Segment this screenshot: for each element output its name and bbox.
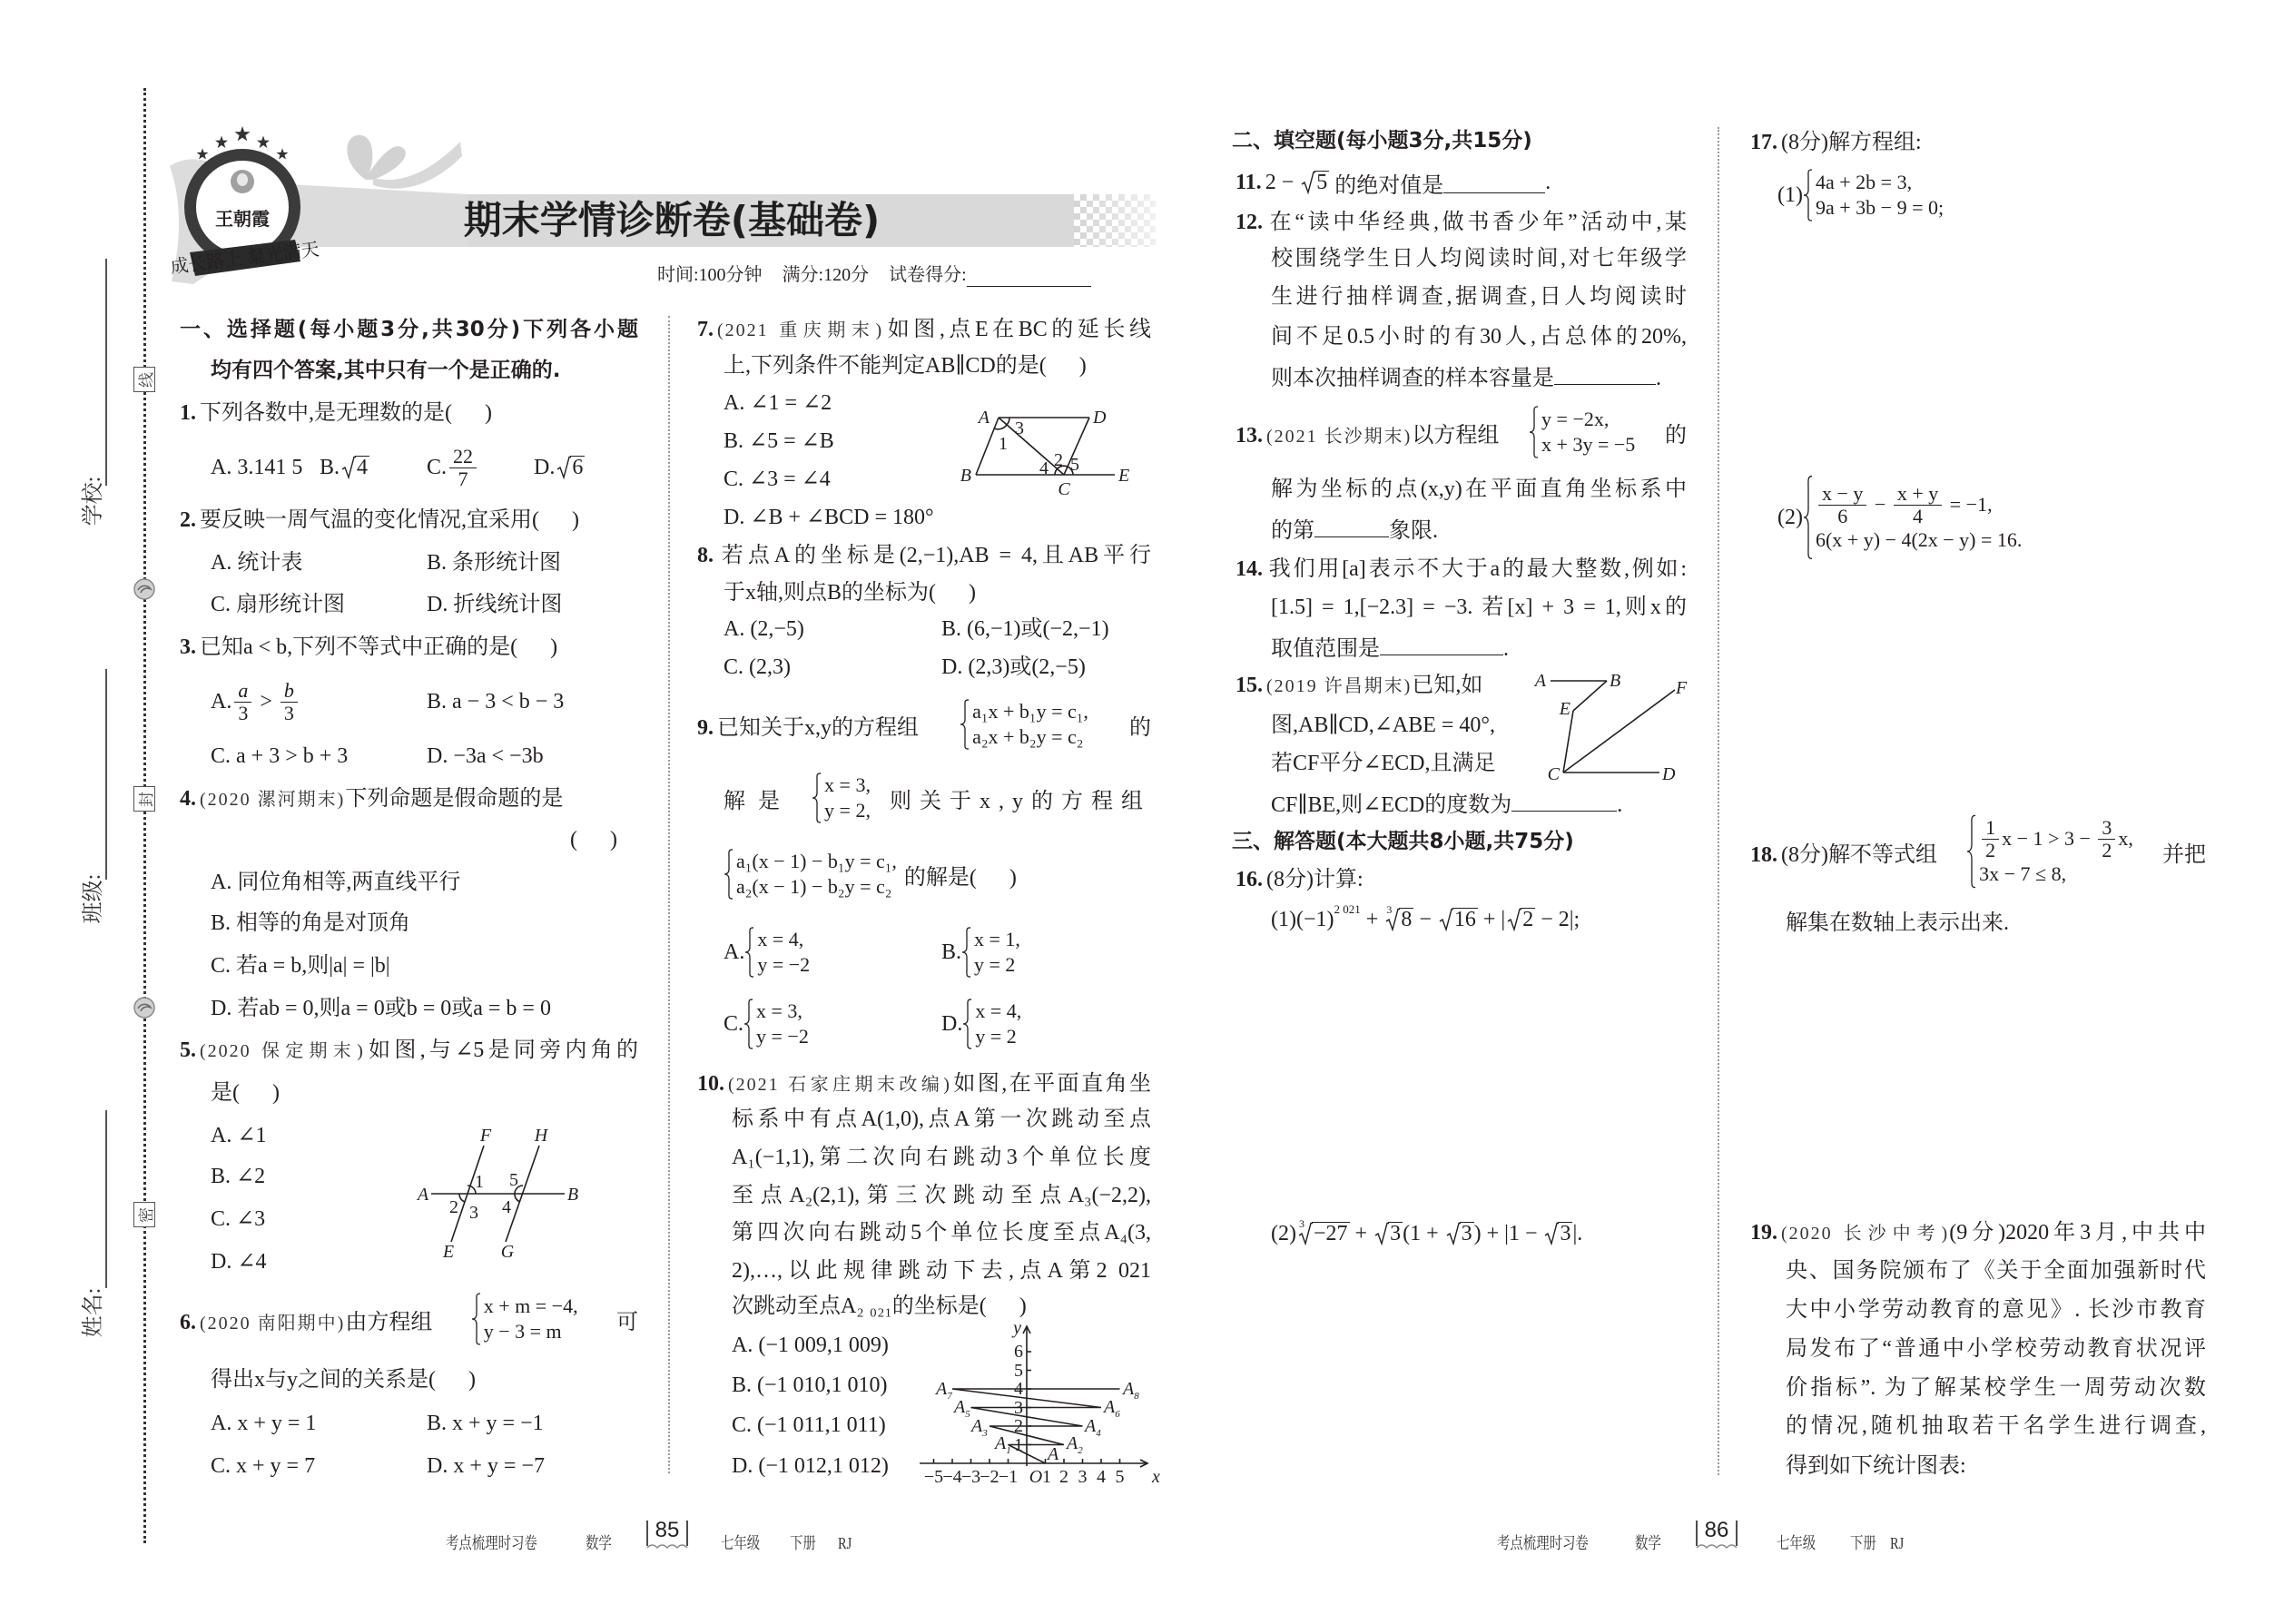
numerator: x + y <box>1894 483 1942 506</box>
question-4: 4.(2020 漯河期末)下列命题是假命题的是 <box>180 785 563 813</box>
question-lead: 18.(8分)解不等式组 <box>1750 836 1937 868</box>
point-label: A7 <box>934 1379 952 1402</box>
radical-sign-icon <box>341 456 356 479</box>
question-16-part-2: (2)3−27 + 3(1 + 3) + |1 − 3|. <box>1271 1216 1582 1251</box>
question-stem: (8分)计算: <box>1266 868 1364 891</box>
question-10: 10.(2021 石家庄期末改编)如图,在平面直角坐 <box>697 1070 1151 1098</box>
option-a: A. (2,−5) <box>724 615 804 643</box>
option-a: A.a3 > b3 <box>211 679 300 724</box>
cube-root: 38 <box>1385 908 1413 931</box>
point-label: E <box>442 1242 454 1262</box>
question-source: (2021 长沙期末) <box>1266 427 1412 447</box>
question-9: 9.已知关于x,y的方程组 a₁x + b₁y = c₁,a₂x + b₂y =… <box>697 698 1151 751</box>
expression: − 2|; <box>1535 908 1580 932</box>
question-number: 8. <box>697 544 714 567</box>
question-stem-continued: CF∥BE,则∠ECD的度数为. <box>1271 790 1622 819</box>
expression: x, <box>2118 826 2133 851</box>
tick-label: −3 <box>961 1467 980 1487</box>
point-labels: A A1 A2 A3 A4 A5 A6 A7 A8 <box>934 1379 1139 1464</box>
equation-system: 4a + 2b = 3,9a + 3b − 9 = 0; <box>1803 169 1944 221</box>
numerator: a <box>234 680 251 703</box>
question-number: 15. <box>1236 674 1263 697</box>
angle-label: 5 <box>509 1170 518 1190</box>
question-18: 18.(8分)解不等式组 12x − 1 > 3 − 32x,3x − 7 ≤ … <box>1750 813 2206 890</box>
question-stem: 如图,在平面直角坐 <box>951 1072 1151 1096</box>
brace-icon <box>1803 169 1814 221</box>
root-index: 3 <box>1386 904 1392 915</box>
option-label: C. <box>724 1012 743 1037</box>
denominator: 6 <box>1837 506 1847 527</box>
tick-label: 1 <box>1042 1467 1051 1487</box>
question-stem-continued: 校围绕学生日人均阅读时间,对七年级学 <box>1271 245 1687 272</box>
equation-row: 6(x + y) − 4(2x − y) = 16. <box>1816 527 2022 553</box>
question-stem-continued: 第四次向右跳动5个单位长度至点A₄(3, <box>732 1219 1151 1246</box>
angle-arc <box>1007 418 1009 425</box>
inequality-row: 3x − 7 ≤ 8, <box>1979 861 2133 887</box>
question-number: 4. <box>180 787 196 811</box>
question-9-line-2: 解是 x = 3,y = 2, 则关于x,y的方程组 <box>724 772 1151 824</box>
question-stem-continued: 间不足0.5小时的有30人,占总体的20%, <box>1271 323 1687 350</box>
equation-row: y = −2x, <box>1541 407 1635 432</box>
question-stem-continued: 解集在数轴上表示出来. <box>1786 910 2009 937</box>
question-stem: 下列命题是假命题的是 <box>345 787 563 811</box>
question-stem-continued: 是( ) <box>211 1079 280 1107</box>
option-label: B. <box>320 456 340 480</box>
question-stem: CF∥BE,则∠ECD的度数为 <box>1271 793 1511 817</box>
exam-spread: 学校: 班级: 姓名: 线 封 密 王朝霞 成长路上 粲光满天 期末学情诊断卷(… <box>0 0 2294 1624</box>
column-separator <box>1718 127 1719 1475</box>
question-lead: 6.(2020 南阳期中)由方程组 <box>180 1304 432 1335</box>
equation-system: x = 3,y = 2, <box>812 773 871 823</box>
question-15: 15.(2019 许昌期末)已知,如 <box>1236 672 1482 700</box>
operator: > <box>254 690 278 714</box>
point-label: C <box>1548 764 1561 784</box>
expression: 2 − <box>1265 171 1300 195</box>
option-d: D.x = 4,y = 2 <box>941 998 1021 1050</box>
denominator: 2 <box>1985 840 1995 861</box>
tick-label: 4 <box>1097 1467 1106 1487</box>
option-b: B. 相等的角是对顶角 <box>211 910 410 937</box>
question-stem-continued: 央、国务院颁布了《关于全面加强新时代 <box>1786 1257 2206 1284</box>
question-stem-continued: 价指标”. 为了解某校学生一周劳动次数 <box>1786 1374 2206 1402</box>
fraction: 32 <box>2098 817 2115 861</box>
root-index: 3 <box>1299 1218 1305 1229</box>
option-a: A. ∠1 = ∠2 <box>724 389 832 417</box>
equation-row: a₁(x − 1) − b₁y = c₁, <box>736 849 897 874</box>
q10-coordinate-figure: −5 −4 −3 −2 −1 1 2 3 4 5 1 2 3 4 5 6 O x… <box>912 1321 1157 1498</box>
question-6: 6.(2020 南阳期中)由方程组 x + m = −4,y − 3 = m 可 <box>180 1292 638 1346</box>
option-a: A. 同位角相等,两直线平行 <box>211 869 460 896</box>
question-stem-tail: 的 <box>1129 709 1151 741</box>
option-a: A. 统计表 <box>211 549 302 576</box>
angle-label: 5 <box>1070 455 1079 475</box>
point-label: D <box>1661 764 1676 784</box>
angle-label: 4 <box>1039 458 1049 478</box>
question-number: 10. <box>697 1072 724 1096</box>
question-12: 12.在“读中华经典,做书香少年”活动中,某 <box>1236 209 1687 236</box>
tick-label: −1 <box>999 1467 1018 1487</box>
brace-icon <box>962 999 973 1049</box>
option-c: C.227 <box>427 445 479 490</box>
full-score: 满分:120分 <box>783 263 870 287</box>
option-d: D. (2,3)或(2,−5) <box>941 654 1086 681</box>
equation-row: a₂(x − 1) − b₂y = c₂ <box>736 874 897 900</box>
question-16-part-1: (1)(−1)2 021 + 38 − 16 + |2 − 2|; <box>1271 902 1580 937</box>
equation-row: x = 4, <box>757 927 810 952</box>
question-stem: 则关于x,y的方程组 <box>890 782 1151 814</box>
question-stem-continued: 标系中有点A(1,0),点A第一次跳动至点 <box>732 1106 1151 1133</box>
question-stem: 取值范围是 <box>1271 637 1380 661</box>
equation-row: x = 3, <box>824 773 871 798</box>
option-b: B. ∠5 = ∠B <box>724 428 834 455</box>
question-stem: 下列各数中,是无理数的是( ) <box>200 401 492 425</box>
question-stem: 若点A的坐标是(2,−1),AB = 4,且AB平行 <box>717 544 1151 567</box>
part-label: (1) <box>1777 183 1803 208</box>
option-d: D. (−1 012,1 012) <box>732 1452 889 1480</box>
radicand: 3 <box>1388 1222 1403 1245</box>
option-d: D. 若ab = 0,则a = 0或b = 0或a = b = 0 <box>211 995 551 1022</box>
angle-label: 1 <box>999 434 1008 454</box>
radical-sign-icon <box>1301 171 1315 194</box>
question-2: 2.要反映一周气温的变化情况,宜采用( ) <box>180 507 579 534</box>
denominator: 3 <box>284 703 294 724</box>
equation-system: y = −2x,x + 3y = −5 <box>1529 406 1635 458</box>
equation-row: y = 2 <box>974 952 1020 978</box>
question-stem: 如图,点E在BC的延长线 <box>883 318 1151 341</box>
question-stem-continued: 至点A₂(2,1),第三次跳动至点A₃(−2,2), <box>732 1182 1151 1209</box>
question-source: (2020 漯河期末) <box>200 790 345 810</box>
question-number: 1. <box>180 401 196 425</box>
radical-sign-icon <box>1439 908 1453 931</box>
tick-label: 5 <box>1014 1361 1023 1381</box>
brace-icon <box>1803 475 1814 560</box>
point-label: H <box>534 1126 549 1146</box>
brace-icon <box>812 773 822 823</box>
tick-label: 2 <box>1059 1467 1068 1487</box>
question-17-part-2: (2)x − y6 − x + y4 = −1,6(x + y) − 4(2x … <box>1777 474 2022 561</box>
question-stem: 则本次抽样调查的样本容量是 <box>1271 367 1554 390</box>
option-label: D. <box>534 456 555 480</box>
fraction: 227 <box>449 446 477 490</box>
footer-subject: 数学 <box>586 1532 612 1554</box>
equation-row: x + m = −4, <box>484 1294 578 1319</box>
footer-series: 考点梳理时习卷 <box>446 1532 537 1554</box>
inequality-system: 12x − 1 > 3 − 32x,3x − 7 ≤ 8, <box>1966 814 2133 889</box>
option-c: C. (−1 011,1 011) <box>732 1412 886 1439</box>
class-field-line <box>105 669 107 880</box>
numerator: 3 <box>2098 817 2115 840</box>
mark-text: 线 <box>133 372 156 388</box>
mark-text: 密 <box>133 1207 156 1223</box>
question-stem-continued: 得出x与y之间的关系是( ) <box>211 1366 476 1393</box>
question-stem: 我们用[a]表示不大于a的最大整数,例如: <box>1266 557 1687 581</box>
tick-label: −5 <box>924 1467 943 1487</box>
denominator: 7 <box>458 468 468 490</box>
question-stem: 如图,与∠5是同旁内角的 <box>365 1038 638 1062</box>
option-b: B. x + y = −1 <box>427 1410 544 1437</box>
option-c: C. 若a = b,则|a| = |b| <box>211 952 390 979</box>
point-label: D <box>1092 408 1107 428</box>
equation-row: y − 3 = m <box>484 1319 578 1344</box>
question-stem: 象限. <box>1389 519 1438 543</box>
angle-label: 3 <box>469 1203 478 1223</box>
equation-system: x + m = −4,y − 3 = m <box>471 1293 578 1345</box>
logo-brand-text: 王朝霞 <box>215 208 270 230</box>
brace-icon <box>960 699 970 750</box>
option-b: B. (−1 010,1 010) <box>732 1372 888 1399</box>
question-stem-continued: 则本次抽样调查的样本容量是. <box>1271 363 1661 392</box>
tick-label: −4 <box>942 1467 961 1487</box>
fraction: b3 <box>281 680 298 724</box>
question-16: 16.(8分)计算: <box>1236 866 1364 893</box>
tick-label: 3 <box>1078 1467 1088 1487</box>
brace-icon <box>1966 814 1977 889</box>
question-number: 13. <box>1236 424 1263 448</box>
point-label: G <box>501 1242 515 1262</box>
option-a: A. ∠1 <box>211 1122 266 1149</box>
question-stem: 的第 <box>1271 519 1314 543</box>
score-blank <box>967 267 1091 287</box>
school-field-label: 学校: <box>82 469 105 533</box>
question-stem-continued: [1.5] = 1,[−2.3] = −3. 若[x] + 3 = 1,则x的 <box>1271 594 1687 621</box>
question-lead: 9.已知关于x,y的方程组 <box>697 709 919 741</box>
question-1: 1.下列各数中,是无理数的是( ) <box>180 399 492 427</box>
name-field-line <box>105 1110 107 1288</box>
exponent: 2 021 <box>1334 902 1361 917</box>
q5-parallel-lines-figure: F H A B E G 1 2 3 4 5 <box>413 1121 586 1266</box>
brace-icon <box>961 927 972 978</box>
section-fill-title: 二、填空题(每小题3分,共15分) <box>1232 127 1532 154</box>
option-c: C. x + y = 7 <box>211 1452 315 1480</box>
expression: (1)(−1) <box>1271 908 1334 932</box>
section-answer-title: 三、解答题(本大题共8小题,共75分) <box>1232 828 1574 855</box>
question-source: (2020 南阳期中) <box>200 1314 345 1334</box>
fraction: 12 <box>1982 817 1999 861</box>
square-root: 4 <box>341 456 369 479</box>
option-c: C. ∠3 = ∠4 <box>724 466 831 493</box>
binding-mark-seal: 封 <box>133 786 155 812</box>
point-label: A8 <box>1121 1379 1139 1402</box>
square-root: 6 <box>556 456 585 479</box>
option-label: A. <box>211 690 231 714</box>
equation-system: x = 1,y = 2 <box>961 927 1020 978</box>
question-stem: 由方程组 <box>345 1311 432 1334</box>
question-17: 17.(8分)解方程组: <box>1750 129 1922 156</box>
question-number: 16. <box>1236 868 1263 891</box>
mark-text: 封 <box>133 792 156 807</box>
equation-row: 4a + 2b = 3, <box>1816 170 1944 195</box>
radicand: 3 <box>1558 1222 1572 1245</box>
y-axis-label: y <box>1011 1318 1021 1338</box>
page-number: 86 <box>1696 1518 1738 1543</box>
question-stem: (8分)解不等式组 <box>1781 843 1937 867</box>
equation-row: x = 1, <box>974 927 1020 952</box>
point-label: E <box>1117 466 1129 486</box>
answer-blank <box>1380 634 1503 655</box>
point-label: F <box>479 1126 492 1146</box>
equation-row: y = −2 <box>756 1024 809 1049</box>
numerator: b <box>281 680 298 703</box>
footer-volume: 下册 <box>790 1532 816 1554</box>
question-number: 9. <box>697 716 714 740</box>
option-c: C.x = 3,y = −2 <box>724 998 809 1050</box>
angle-label: 1 <box>475 1172 484 1192</box>
angle-label: 2 <box>449 1197 458 1217</box>
brace-icon <box>1529 406 1540 458</box>
point-label: A5 <box>952 1397 970 1420</box>
name-field-label: 姓名: <box>82 1281 105 1344</box>
option-label: D. <box>941 1012 962 1037</box>
option-d: D. ∠B + ∠BCD = 180° <box>724 504 934 531</box>
option-b: B.x = 1,y = 2 <box>941 926 1020 979</box>
question-lead: 13.(2021 长沙期末)以方程组 <box>1236 417 1499 448</box>
question-stem-continued: 局发布了“普通中小学校劳动教育状况评 <box>1786 1335 2206 1363</box>
option-b: B. 条形统计图 <box>427 549 561 576</box>
equation-system: a₁x + b₁y = c₁,a₂x + b₂y = c₂ <box>960 699 1088 750</box>
option-c: C. a + 3 > b + 3 <box>211 743 348 770</box>
square-root: 5 <box>1301 171 1329 194</box>
page-title: 期末学情诊断卷(基础卷) <box>436 194 908 247</box>
question-number: 11. <box>1236 171 1262 195</box>
tick-label: 6 <box>1014 1342 1023 1362</box>
point-label: A <box>1046 1444 1059 1464</box>
radical-sign-icon <box>1446 1222 1461 1245</box>
angle-label: 4 <box>502 1197 511 1217</box>
question-stem-tail: 的 <box>1665 417 1687 448</box>
radicand: 8 <box>1399 908 1413 930</box>
denominator: 4 <box>1913 506 1923 527</box>
question-source: (2020 保定期末) <box>200 1041 365 1061</box>
equation-row: x = 4, <box>975 999 1021 1024</box>
point-label: A6 <box>1102 1397 1120 1420</box>
operator: − <box>1413 908 1437 932</box>
point-label: E <box>1559 699 1570 719</box>
punctuation: . <box>1617 793 1622 817</box>
question-stem: 的解是( ) <box>904 859 1017 891</box>
binding-mark-secret: 密 <box>133 1202 155 1227</box>
radical-sign-icon <box>1544 1222 1559 1245</box>
operator: + <box>1350 1222 1373 1246</box>
question-stem: 已知a < b,下列不等式中正确的是( ) <box>200 635 557 659</box>
question-stem: 已知,如 <box>1412 674 1482 697</box>
question-number: 17. <box>1750 131 1777 154</box>
radicand: −27 <box>1312 1222 1350 1245</box>
angle-label: 2 <box>1054 450 1063 470</box>
expression: x − 1 > 3 − <box>2002 826 2095 851</box>
expression: |. <box>1572 1222 1582 1246</box>
footer-edition: RJ <box>1890 1532 1904 1554</box>
brace-icon <box>471 1293 482 1345</box>
option-text: A. 3.141 5 <box>211 456 302 480</box>
equation-row: x = 3, <box>756 999 809 1024</box>
operator: − <box>1869 492 1890 517</box>
question-17-part-1: (1)4a + 2b = 3,9a + 3b − 9 = 0; <box>1777 168 1944 222</box>
fraction: x + y4 <box>1894 483 1942 527</box>
footer-volume: 下册 <box>1850 1532 1876 1554</box>
point-label: A <box>977 408 990 428</box>
question-stem-continued: 于x轴,则点B的坐标为( ) <box>724 579 976 606</box>
square-root: 2 <box>1507 908 1535 931</box>
point-label: A4 <box>1083 1416 1101 1439</box>
x-tick-labels: −5 −4 −3 −2 −1 1 2 3 4 5 <box>924 1467 1125 1487</box>
equation-system: x = 3,y = −2 <box>743 999 809 1049</box>
question-stem-continued: 的情况,随机抽取若干名学生进行调查, <box>1786 1412 2206 1440</box>
numerator: 1 <box>1982 817 1999 840</box>
option-label: B. <box>941 940 961 965</box>
question-8: 8.若点A的坐标是(2,−1),AB = 4,且AB平行 <box>697 542 1151 569</box>
operator: + | <box>1478 908 1505 932</box>
question-13: 13.(2021 长沙期末)以方程组 y = −2x,x + 3y = −5 的 <box>1236 405 1687 459</box>
radicand: 3 <box>1460 1222 1474 1245</box>
question-number: 18. <box>1750 843 1777 867</box>
question-number: 12. <box>1236 211 1263 234</box>
point-label: F <box>1675 678 1688 698</box>
denominator: 3 <box>238 703 248 724</box>
tick-label: 1 <box>1014 1435 1023 1455</box>
option-d: D. ∠4 <box>211 1248 266 1275</box>
radicand: 4 <box>355 456 369 478</box>
equation-row: x − y6 − x + y4 = −1, <box>1816 483 2022 527</box>
square-root: 3 <box>1374 1222 1403 1245</box>
brace-icon <box>743 999 754 1049</box>
point-label: C <box>1058 479 1070 499</box>
option-label: A. <box>724 940 744 965</box>
radical-sign-icon <box>1507 908 1521 931</box>
option-d: D. 折线统计图 <box>427 591 562 618</box>
point-label: B <box>1610 671 1620 691</box>
equation-row: y = 2, <box>824 798 871 823</box>
equation-row: 9a + 3b − 9 = 0; <box>1816 195 1944 221</box>
point-label: A <box>416 1185 429 1205</box>
binding-mark-line: 线 <box>133 367 155 392</box>
option-c: C. (2,3) <box>724 654 791 681</box>
question-stem-continued: 次跳动至点A₂ ₀₂₁的坐标是( ) <box>732 1293 1027 1320</box>
tick-label: 2 <box>1014 1416 1023 1436</box>
option-c: C. 扇形统计图 <box>211 591 345 618</box>
question-stem: 以方程组 <box>1412 424 1499 448</box>
question-stem: 要反映一周气温的变化情况,宜采用( ) <box>200 508 579 532</box>
question-number: 19. <box>1750 1221 1777 1245</box>
question-stem-continued: 的第象限. <box>1271 516 1438 545</box>
option-b: B. (6,−1)或(−2,−1) <box>941 615 1109 643</box>
tick-label: −2 <box>980 1467 999 1487</box>
option-label: C. <box>427 456 447 480</box>
equation-system: x = 4,y = −2 <box>744 927 810 978</box>
option-b: B. ∠2 <box>211 1163 265 1190</box>
option-b: B. a − 3 < b − 3 <box>427 688 564 715</box>
answer-blank <box>1314 516 1389 537</box>
question-number: 2. <box>180 508 196 532</box>
question-number: 3. <box>180 635 196 659</box>
y-tick-labels: 1 2 3 4 5 6 <box>1014 1342 1023 1455</box>
option-b: B.4 <box>320 445 369 490</box>
operator: + <box>1361 908 1384 932</box>
cube-root: 3−27 <box>1298 1222 1350 1245</box>
answer-parentheses: ( ) <box>570 826 617 853</box>
origin-label: O <box>1029 1467 1042 1487</box>
tick-label: 4 <box>1014 1379 1023 1399</box>
question-stem-continued: 取值范围是. <box>1271 634 1509 663</box>
option-d: D.6 <box>534 445 585 490</box>
radicand: 16 <box>1452 908 1478 930</box>
radicand: 5 <box>1314 171 1329 193</box>
fraction: a3 <box>234 680 251 724</box>
option-d: D. x + y = −7 <box>427 1452 545 1480</box>
question-number: 7. <box>697 318 714 341</box>
question-number: 5. <box>180 1038 196 1062</box>
question-7: 7.(2021 重庆期末)如图,点E在BC的延长线 <box>697 316 1151 344</box>
footer-grade: 七年级 <box>721 1532 760 1554</box>
